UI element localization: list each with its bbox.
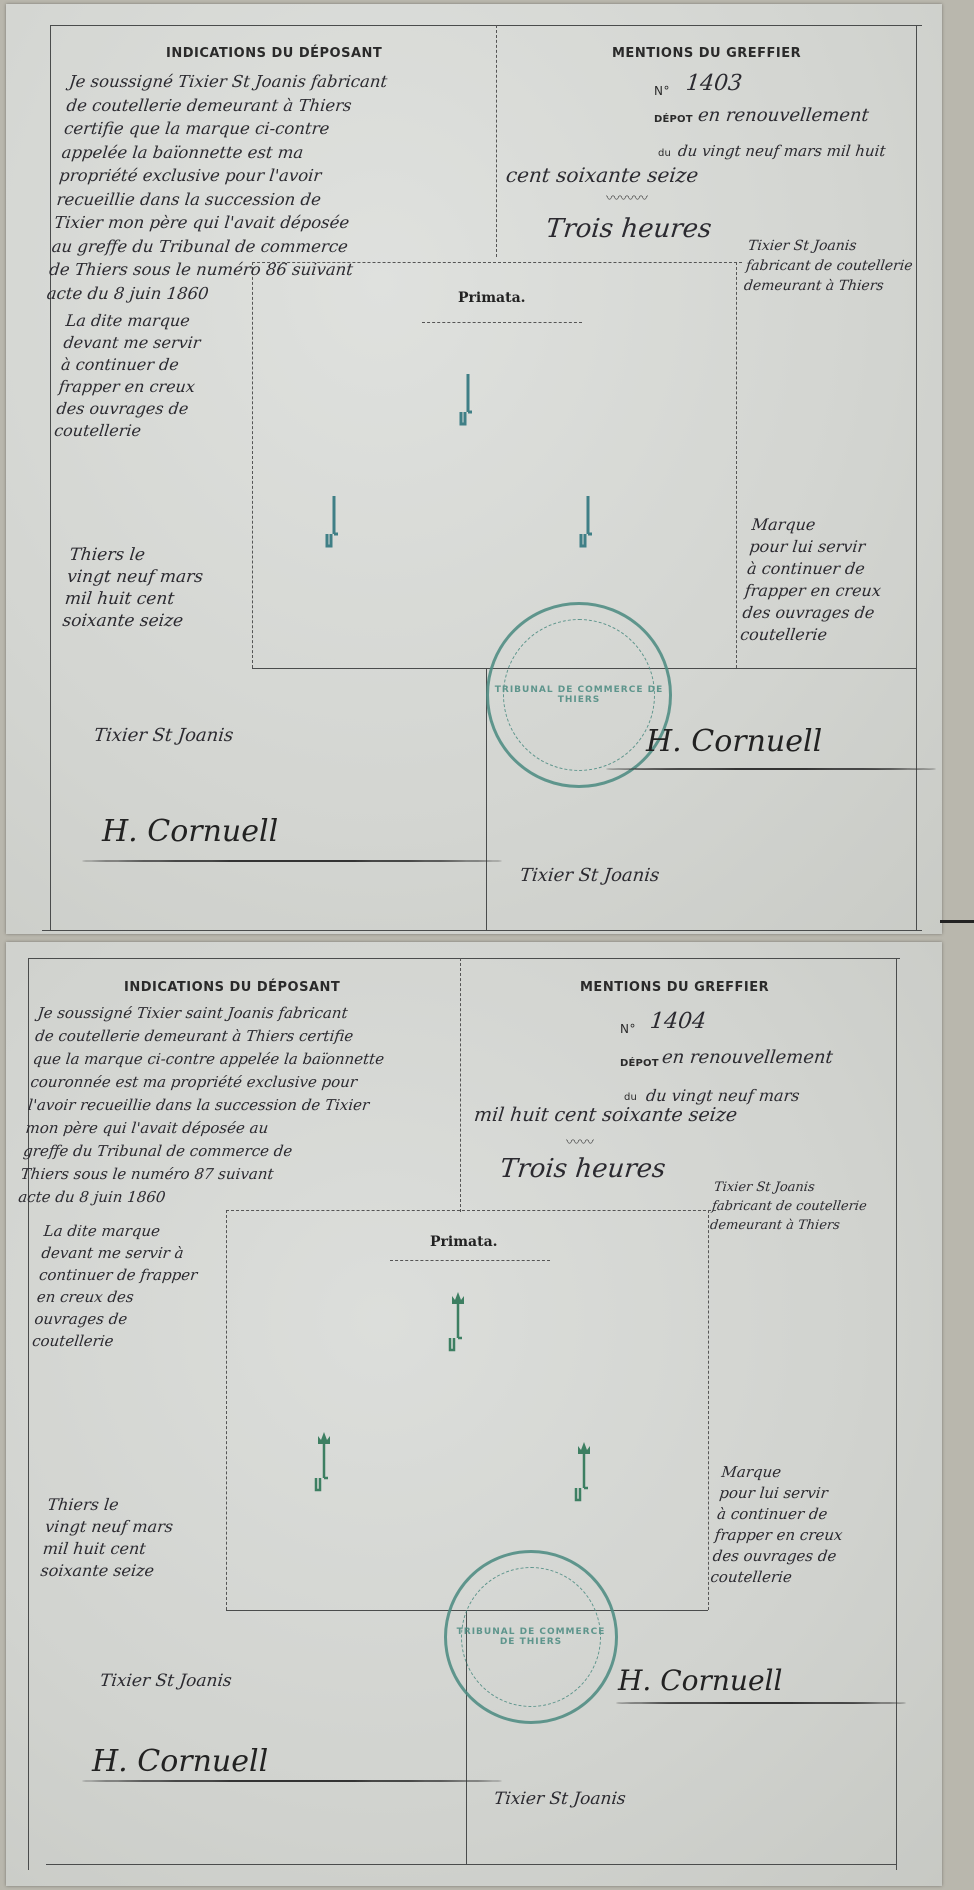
signature-underline bbox=[616, 1702, 906, 1704]
bayonet-mark-icon bbox=[322, 494, 344, 554]
primata-box-left bbox=[226, 1210, 227, 1610]
depot-text: en renouvellement bbox=[697, 104, 870, 128]
du-label: du bbox=[658, 148, 671, 159]
signature-underline bbox=[606, 768, 936, 770]
primata-box-top bbox=[226, 1210, 716, 1211]
number-label: N° bbox=[654, 84, 670, 98]
greffier-signature-left: H. Cornuell bbox=[102, 814, 278, 849]
frame-top-line bbox=[28, 958, 900, 959]
declaration-note: La dite marque devant me servir à contin… bbox=[31, 1220, 203, 1352]
column-divider bbox=[460, 958, 461, 1212]
greffier-note: Marque pour lui servir à continuer de fr… bbox=[739, 514, 889, 646]
date-line-1: du vingt neuf mars mil huit bbox=[677, 140, 887, 164]
crowned-bayonet-mark-icon bbox=[572, 1440, 596, 1508]
primata-box-left bbox=[252, 262, 253, 668]
number-label: N° bbox=[620, 1022, 636, 1036]
header-mentions-greffier: MENTIONS DU GREFFIER bbox=[612, 46, 801, 61]
tribunal-stamp: TRIBUNAL DE COMMERCE DE THIERS bbox=[486, 602, 672, 788]
bayonet-mark-icon bbox=[456, 372, 478, 432]
frame-left-line bbox=[50, 25, 51, 930]
right-note-bottom bbox=[736, 668, 916, 669]
taxon-underline bbox=[422, 322, 582, 323]
place-date: Thiers le vingt neuf mars mil huit cent … bbox=[39, 1494, 176, 1582]
declaration-text: Je soussigné Tixier St Joanis fabricant … bbox=[46, 70, 389, 305]
applicant-signature-left: Tixier St Joanis bbox=[93, 724, 235, 748]
deposit-hour: Trois heures bbox=[545, 218, 713, 242]
greffier-applicant: Tixier St Joanis fabricant de coutelleri… bbox=[743, 236, 916, 296]
greffier-signature-right: H. Cornuell bbox=[646, 724, 822, 759]
deposit-form-1403: INDICATIONS DU DÉPOSANT MENTIONS DU GREF… bbox=[6, 4, 942, 934]
greffier-applicant: Tixier St Joanis fabricant de coutelleri… bbox=[709, 1178, 870, 1235]
taxon-underline bbox=[390, 1260, 550, 1261]
declaration-note: La dite marque devant me servir à contin… bbox=[53, 310, 204, 442]
frame-bottom-line bbox=[42, 930, 922, 931]
applicant-signature-left: Tixier St Joanis bbox=[99, 1670, 233, 1694]
deposit-number: 1404 bbox=[649, 1010, 707, 1034]
signature-underline bbox=[82, 1780, 502, 1782]
frame-right-line bbox=[916, 25, 917, 930]
date-line-2: cent soixante seize bbox=[505, 164, 700, 188]
tribunal-stamp: TRIBUNAL DE COMMERCE DE THIERS bbox=[444, 1550, 618, 1724]
primata-box-right bbox=[736, 262, 737, 668]
page-edge-mark bbox=[940, 920, 974, 923]
flourish: 〰〰 bbox=[566, 1132, 594, 1152]
crowned-bayonet-mark-icon bbox=[312, 1430, 336, 1498]
du-label: du bbox=[624, 1092, 637, 1103]
signature-underline bbox=[82, 860, 502, 862]
frame-bottom-line bbox=[46, 1864, 896, 1865]
bayonet-mark-icon bbox=[576, 494, 598, 554]
greffier-signature-right: H. Cornuell bbox=[618, 1664, 782, 1697]
deposit-number: 1403 bbox=[685, 72, 743, 96]
header-mentions-greffier: MENTIONS DU GREFFIER bbox=[580, 980, 769, 995]
date-line-2: mil huit cent soixante seize bbox=[473, 1104, 739, 1128]
stamp-text: TRIBUNAL DE COMMERCE DE THIERS bbox=[447, 1627, 615, 1647]
applicant-signature-right: Tixier St Joanis bbox=[519, 864, 661, 888]
place-date: Thiers le vingt neuf mars mil huit cent … bbox=[61, 544, 206, 632]
greffier-signature-left: H. Cornuell bbox=[92, 1744, 268, 1779]
header-indications-deposant: INDICATIONS DU DÉPOSANT bbox=[124, 980, 340, 995]
deposit-form-1404: INDICATIONS DU DÉPOSANT MENTIONS DU GREF… bbox=[6, 942, 942, 1886]
applicant-signature-right: Tixier St Joanis bbox=[493, 1788, 627, 1812]
primata-box-right bbox=[708, 1210, 709, 1610]
frame-right-line bbox=[896, 958, 897, 1870]
deposit-hour: Trois heures bbox=[499, 1158, 667, 1182]
greffier-note: Marque pour lui servir à continuer de fr… bbox=[709, 1462, 850, 1588]
depot-text: en renouvellement bbox=[661, 1046, 834, 1070]
header-indications-deposant: INDICATIONS DU DÉPOSANT bbox=[166, 46, 382, 61]
taxon-label: Primata. bbox=[458, 290, 526, 306]
flourish: 〰〰〰 bbox=[606, 188, 648, 208]
frame-top-line bbox=[50, 25, 922, 26]
crowned-bayonet-mark-icon bbox=[446, 1290, 470, 1358]
depot-label: DÉPOT bbox=[620, 1058, 659, 1069]
depot-label: DÉPOT bbox=[654, 114, 693, 125]
stamp-text: TRIBUNAL DE COMMERCE DE THIERS bbox=[489, 685, 669, 705]
taxon-label: Primata. bbox=[430, 1234, 498, 1250]
column-divider bbox=[496, 25, 497, 257]
declaration-text: Je soussigné Tixier saint Joanis fabrica… bbox=[17, 1002, 390, 1209]
